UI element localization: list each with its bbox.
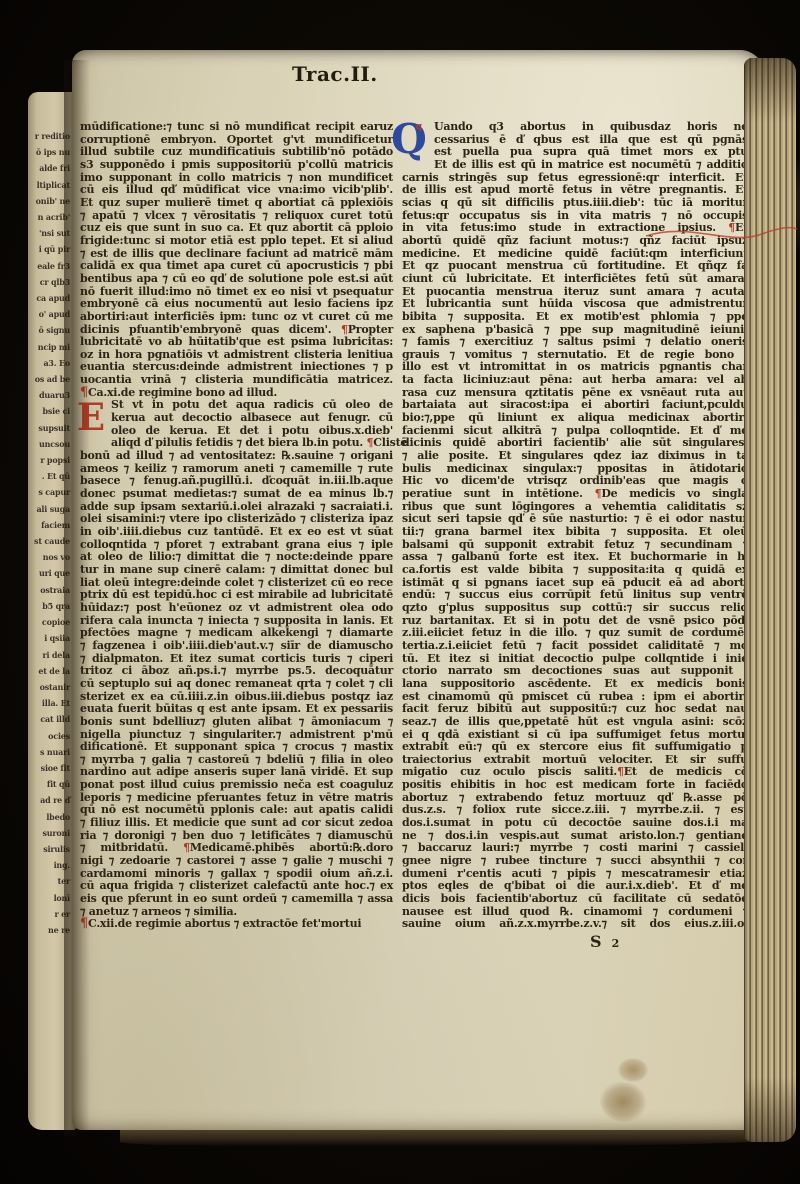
gutter-shadow (64, 60, 90, 1136)
text-line: ponat post illud cuius premissio neča es… (80, 779, 393, 792)
text-line: s3 supponēdo i pmis suppositoriū p'collū… (80, 159, 393, 172)
text-line: pfectōes magne ⁊ medicam alkekengi ⁊ dia… (80, 627, 393, 640)
text-line: lana suppositorio ascēdente. Et ex medic… (402, 678, 748, 691)
text-line: dos.i.sumat in potu cū decoctōe sauine d… (402, 817, 748, 830)
text-line: bentibus apa ⁊ cū eo qď de solutione pol… (80, 273, 393, 286)
text-line: kerua aut decoctio albasece aut fenugr. … (80, 412, 393, 425)
text-line: euata fuerit būitas q est ante ipsam. Et… (80, 703, 393, 716)
text-line: cuz eis que sunt in suo ca. Et quz abort… (80, 222, 393, 235)
text-line: Uando q3 abortus in quibusdaz horis ne (402, 121, 748, 134)
text-line: scias q qū sit difficilis ptus.iiii.dieb… (402, 197, 748, 210)
text-line: nigi ⁊ zedoarie ⁊ castorei ⁊ asse ⁊ gali… (80, 855, 393, 868)
text-line: ciunt cū lubricitate. Et interficiētes f… (402, 273, 748, 286)
text-line: tertia.z.i.eiiciet fetū ⁊ facit possidet… (402, 640, 748, 653)
text-line: ⁊ alie posite. Et singulares qdez iaz di… (402, 450, 748, 463)
text-line: ⁊ fagzenea i oib'.iiii.dieb'aut.v.⁊ siīr… (80, 640, 393, 653)
text-line: bonū ad illud ⁊ ad ventositatez: ℞.sauin… (80, 450, 393, 463)
left-text-column: mūdificatione:⁊ tunc si nō mundificat re… (80, 121, 393, 931)
text-line: seaz.⁊ de illis que,ppetatē hūt est vngu… (402, 716, 748, 729)
text-line: ⁊ famis ⁊ exercitiuz ⁊ saltus psimi ⁊ de… (402, 336, 748, 349)
text-line: embryonē cā eius nocumentū aut lesio fac… (80, 298, 393, 311)
left-column-top-block: mūdificatione:⁊ tunc si nō mundificat re… (80, 121, 393, 399)
text-line: mūdificatione:⁊ tunc si nō mundificat re… (80, 121, 393, 134)
quire-signature: S2 (590, 934, 619, 952)
text-line: tii:⁊ grana barmel itex bibita ⁊ supposi… (402, 526, 748, 539)
text-line: dificationē. Et supponant spica ⁊ crocus… (80, 741, 393, 754)
text-line: sauine oium añ.z.x.myrrbe.z.v.⁊ sit dos … (402, 918, 748, 931)
text-line: cū septuplo sui aq donec remaneat qrta ⁊… (80, 678, 393, 691)
page-block-fore-edge (744, 58, 796, 1142)
incunabulum-photograph: r reditioō ips nualde friltiplicatonib' … (0, 0, 800, 1184)
text-line: eis que pferunt in eo sunt ordeū ⁊ camem… (80, 893, 393, 906)
text-line: uocantia vrinā ⁊ clisteria mundificātia … (80, 374, 393, 387)
text-line: in oib'.iiii.diebus cuz tantūdē. Et ex e… (80, 526, 393, 539)
left-column-bottom-block: aliqd ď pilulis fetidis ⁊ det biera lb.i… (80, 437, 393, 931)
text-line: bio:⁊,ppe qū liniunt ex aliqua medicinax… (402, 412, 748, 425)
chapter-opening-right: Qq Uando q3 abortus in quibusdaz horis n… (402, 121, 748, 159)
text-line: bonis sunt bdelliuz⁊ gluten alibat ⁊ āmo… (80, 716, 393, 729)
text-line: ⁊ filiuz illis. Et medicie que sunt ad c… (80, 817, 393, 830)
text-line: facit feruz bibitū aut suppositū:⁊ cuz h… (402, 703, 748, 716)
text-line: ca.fortis est valde bibita ⁊ supposita:i… (402, 564, 748, 577)
text-line: positis ehibitis in hoc est medicam fort… (402, 779, 748, 792)
text-line: calidā ex qua timet apa curet cū apocrus… (80, 260, 393, 273)
text-line: bibita ⁊ supposita. Et ex motib'est phlo… (402, 311, 748, 324)
text-line: hūidaz:⁊ post h'eūonez oz vt admistrent … (80, 602, 393, 615)
text-line: donec psumat medietas:⁊ sumat de ea minu… (80, 488, 393, 501)
text-line: dicis bois facientib'abortuz cū facilita… (402, 893, 748, 906)
text-line: ctorio narrato sm decoctiones suas aut s… (402, 665, 748, 678)
chapter-opening-left: E St vt in potu det aqua radicis cū oleo… (80, 399, 393, 437)
text-line: Et quz super mulierē timet q abortiat cā… (80, 197, 393, 210)
text-line: lubricitatē vo ab hūitatib'que est psima… (80, 336, 393, 349)
text-line: frigide:tunc si motor etiā est pplo tepe… (80, 235, 393, 248)
signature-number: 2 (612, 937, 620, 950)
text-line: tritoz ci āboz añ.ps.i.⁊ myrrbe ps.5. de… (80, 665, 393, 678)
signature-letter: S (590, 932, 602, 951)
text-line: abortū quidē qñz faciunt motus:⁊ qñz fac… (402, 235, 748, 248)
right-column-block: Et de illis est qū in matrice est nocumē… (402, 159, 748, 931)
text-line: Et qz puocant menstrua cū fortitudine. E… (402, 260, 748, 273)
right-text-column: Qq Uando q3 abortus in quibusdaz horis n… (402, 121, 748, 931)
text-line: Et lubricantia sunt hūida viscosa que ad… (402, 298, 748, 311)
book-page: Trac.II. mūdificatione:⁊ tunc si nō mund… (72, 50, 764, 1130)
text-line: in vita fetus:imo stude in extractione i… (402, 222, 748, 235)
text-line: ¶C.xii.de regimie abortus ⁊ extractōe fe… (80, 918, 393, 931)
text-line: ta facta liciniuz:aut pēna: aut herba am… (402, 374, 748, 387)
running-title: Trac.II. (292, 63, 378, 85)
text-line: tur in mane sup cinerē calam: ⁊ dimittat… (80, 564, 393, 577)
text-line: z.iii.eiiciet fetuz in die illo. ⁊ quz s… (402, 627, 748, 640)
text-line: extrabit eū:⁊ qū ex stercore eius fit su… (402, 741, 748, 754)
text-line: qzto g'plus suppositus sup cottū:⁊ sir s… (402, 602, 748, 615)
text-line: gnee nigre ⁊ rubee tincture ⁊ succi absy… (402, 855, 748, 868)
text-line: peratiue sunt in intētione. ¶De medicis … (402, 488, 748, 501)
text-line: Et de illis est qū in matrice est nocumē… (402, 159, 748, 172)
